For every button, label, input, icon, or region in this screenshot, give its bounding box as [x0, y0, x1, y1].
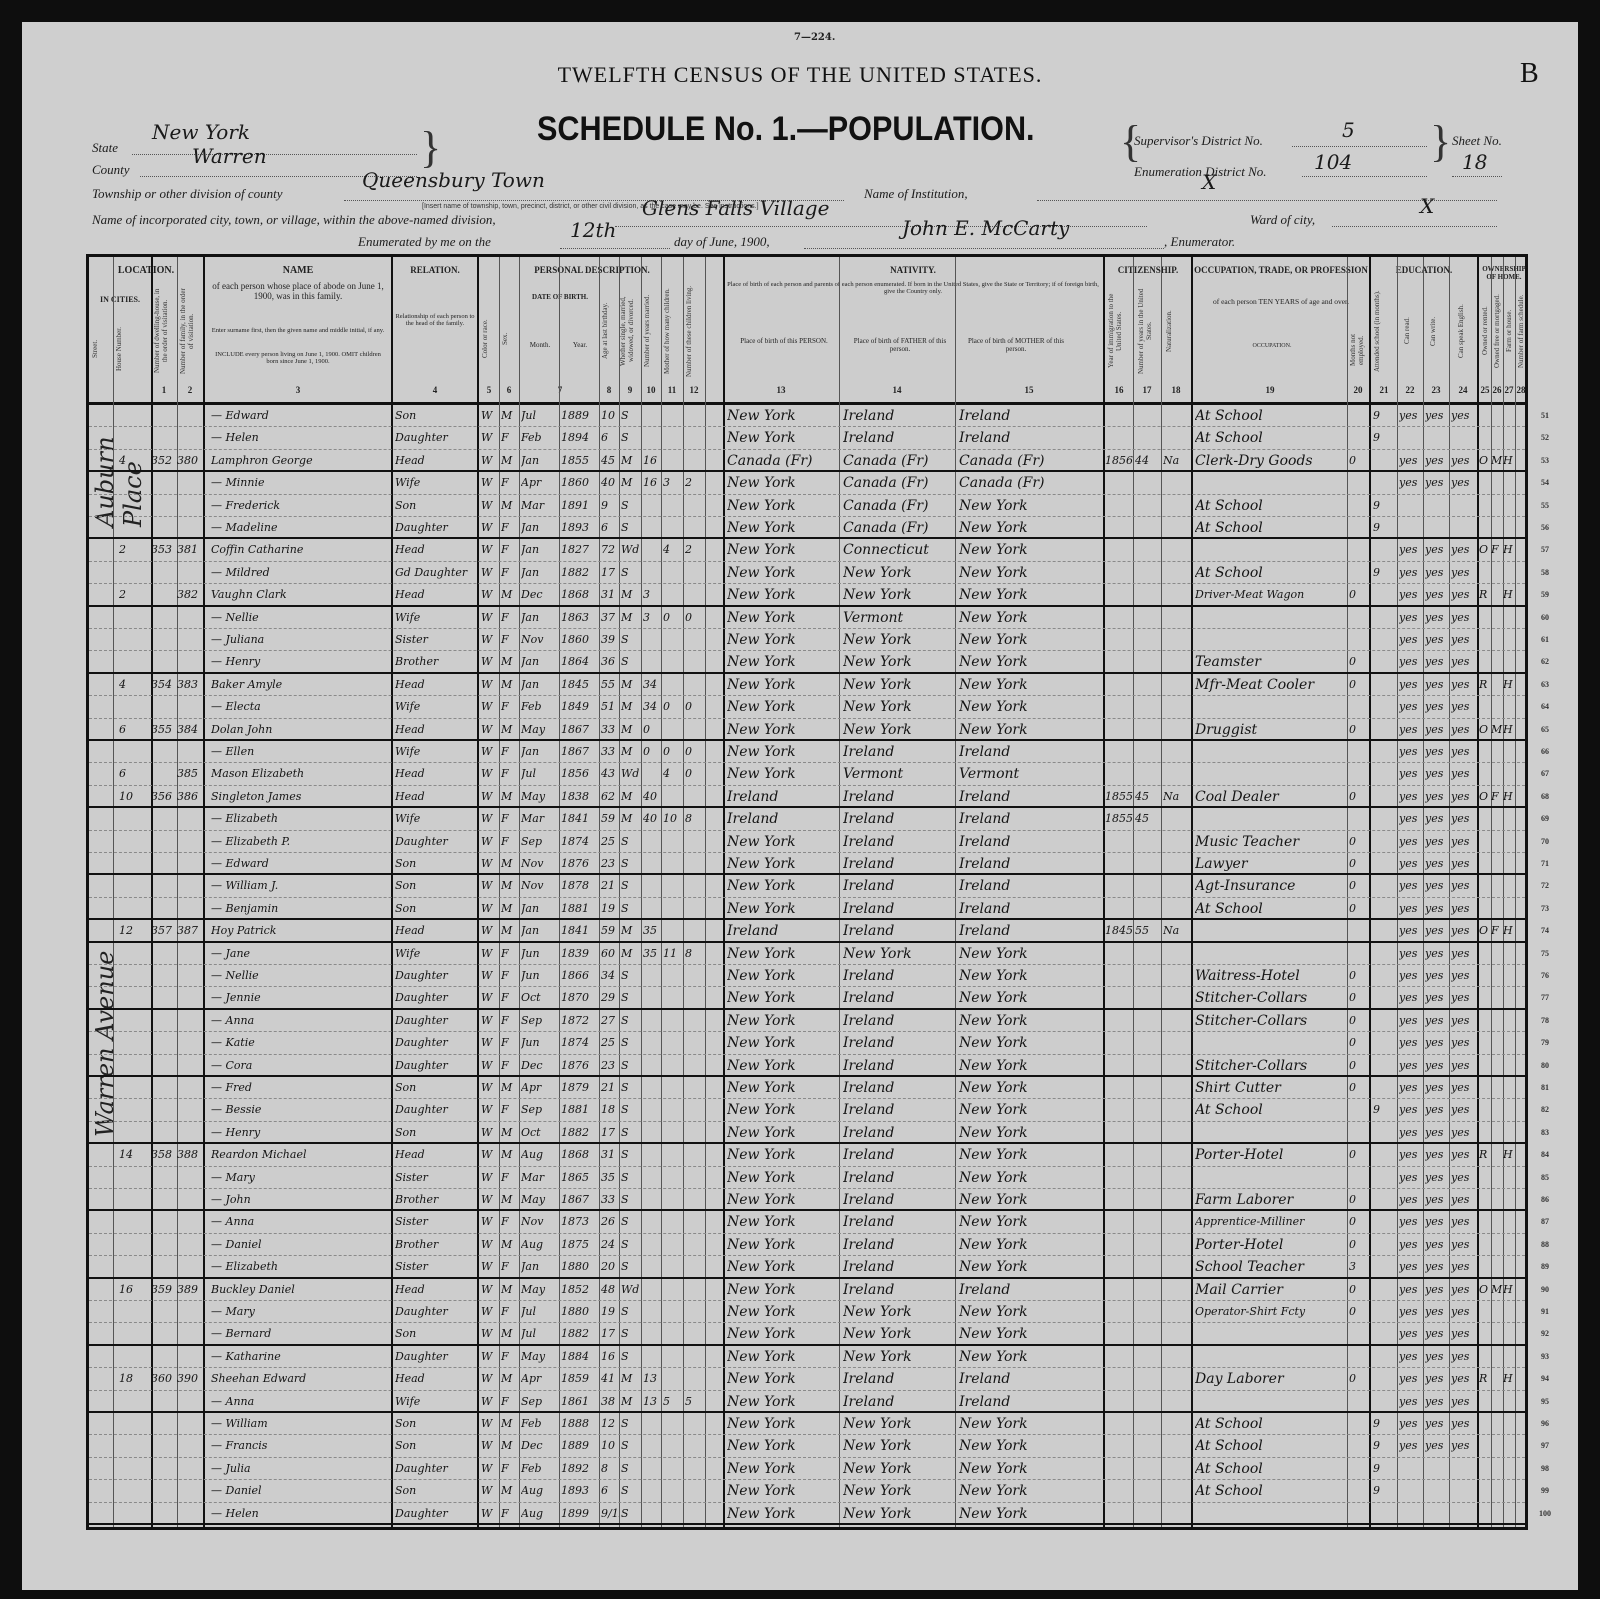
cell-imm: [1105, 472, 1133, 493]
cell-relation: Head: [395, 539, 475, 560]
cell-occ: At School: [1195, 1099, 1347, 1120]
cell-free: F: [1491, 786, 1503, 807]
cell-ym: 3: [643, 584, 661, 605]
cell-imm: [1105, 1323, 1133, 1344]
cell-free: [1491, 898, 1503, 919]
cell-mother: [663, 584, 683, 605]
cell-pobf: Canada (Fr): [843, 495, 955, 516]
cell-relation: Son: [395, 1122, 475, 1143]
cell-imm: [1105, 1122, 1133, 1143]
header-family: Number of family, in the order of visita…: [179, 285, 201, 377]
cell-house: [119, 1346, 149, 1367]
cell-farm: H: [1503, 450, 1515, 471]
cell-age: 62: [601, 786, 619, 807]
cell-pob: New York: [727, 629, 839, 650]
cell-relation: Sister: [395, 1167, 475, 1188]
cell-year: 1884: [561, 1346, 599, 1367]
cell-unemp: [1349, 1099, 1369, 1120]
cell-pobf: Ireland: [843, 1167, 955, 1188]
cell-pobf: New York: [843, 943, 955, 964]
cell-relation: Daughter: [395, 1346, 475, 1367]
cell-dwelling: [151, 741, 177, 762]
cell-living: [685, 920, 705, 941]
cell-eng: yes: [1451, 965, 1477, 986]
cell-pobm: New York: [959, 562, 1099, 583]
cell-yus: [1135, 427, 1161, 448]
cell-relation: Son: [395, 1077, 475, 1098]
cell-marital: M: [621, 920, 641, 941]
cell-eng: yes: [1451, 808, 1477, 829]
cell-sex: M: [501, 450, 519, 471]
cell-pobm: Canada (Fr): [959, 472, 1099, 493]
cell-farm: H: [1503, 1279, 1515, 1300]
cell-name: — Electa: [211, 696, 389, 717]
cell-nat: [1163, 1055, 1191, 1076]
cell-family: [177, 1435, 203, 1456]
cell-age: 72: [601, 539, 619, 560]
colnum: 21: [1371, 385, 1397, 395]
cell-year: 1888: [561, 1413, 599, 1434]
cell-ym: 35: [643, 920, 661, 941]
table-row: — CoraDaughterWFDec187623SNew YorkIrelan…: [89, 1055, 1525, 1077]
cell-read: [1399, 1458, 1423, 1479]
cell-relation: Wife: [395, 808, 475, 829]
cell-age: 9: [601, 495, 619, 516]
cell-write: yes: [1425, 741, 1449, 762]
cell-nat: [1163, 427, 1191, 448]
cell-pobm: Ireland: [959, 427, 1099, 448]
cell-year: 1878: [561, 875, 599, 896]
cell-ym: [643, 539, 661, 560]
cell-name: Buckley Daniel: [211, 1279, 389, 1300]
cell-month: Jan: [521, 920, 559, 941]
cell-relation: Gd Daughter: [395, 562, 475, 583]
cell-month: Dec: [521, 1435, 559, 1456]
cell-house: [119, 495, 149, 516]
cell-year: 1889: [561, 1435, 599, 1456]
cell-year: 1876: [561, 1055, 599, 1076]
cell-unemp: 0: [1349, 1055, 1369, 1076]
cell-pobf: Ireland: [843, 1122, 955, 1143]
cell-dwelling: 353: [151, 539, 177, 560]
cell-eng: yes: [1451, 629, 1477, 650]
cell-house: 14: [119, 1144, 149, 1165]
table-row: — JaneWifeWFJun183960M35118New YorkNew Y…: [89, 943, 1525, 965]
cell-mother: [663, 831, 683, 852]
cell-sch: [1373, 1346, 1397, 1367]
cell-pob: New York: [727, 584, 839, 605]
cell-write: yes: [1425, 987, 1449, 1008]
cell-month: Jan: [521, 651, 559, 672]
cell-nat: [1163, 808, 1191, 829]
cell-pob: New York: [727, 1301, 839, 1322]
cell-dwelling: [151, 1077, 177, 1098]
cell-color: W: [481, 965, 499, 986]
cell-free: [1491, 741, 1503, 762]
cell-farm: [1503, 1099, 1515, 1120]
cell-eng: yes: [1451, 651, 1477, 672]
cell-farm: [1503, 1301, 1515, 1322]
cell-ym: [643, 427, 661, 448]
cell-pobm: New York: [959, 696, 1099, 717]
cell-mother: [663, 517, 683, 538]
cell-pobf: Ireland: [843, 1144, 955, 1165]
cell-read: yes: [1399, 1279, 1423, 1300]
cell-nat: [1163, 719, 1191, 740]
cell-mother: [663, 1435, 683, 1456]
cell-free: [1491, 763, 1503, 784]
cell-occ: Lawyer: [1195, 853, 1347, 874]
header-ownership: OWNERSHIP OF HOME.: [1479, 265, 1529, 281]
cell-unemp: [1349, 1503, 1369, 1524]
cell-living: 2: [685, 539, 705, 560]
cell-pobm: New York: [959, 539, 1099, 560]
cell-farm: [1503, 1077, 1515, 1098]
colnum: 14: [839, 385, 955, 395]
cell-write: yes: [1425, 1413, 1449, 1434]
cell-house: [119, 1032, 149, 1053]
cell-pobf: Ireland: [843, 1189, 955, 1210]
table-row: — MarySisterWFMar186535SNew YorkIrelandN…: [89, 1167, 1525, 1189]
cell-marital: S: [621, 562, 641, 583]
cell-ym: [643, 1234, 661, 1255]
cell-month: Jan: [521, 741, 559, 762]
cell-living: 0: [685, 741, 705, 762]
cell-color: W: [481, 831, 499, 852]
cell-marital: M: [621, 1368, 641, 1389]
cell-imm: 1845: [1105, 920, 1133, 941]
cell-free: [1491, 651, 1503, 672]
cell-imm: [1105, 1301, 1133, 1322]
cell-unemp: 0: [1349, 875, 1369, 896]
cell-pobm: Vermont: [959, 763, 1099, 784]
line-number: 93: [1535, 1352, 1555, 1361]
cell-year: 1881: [561, 898, 599, 919]
header-farm-schedule: Number of farm schedule.: [1517, 285, 1527, 377]
cell-occ: Mfr-Meat Cooler: [1195, 674, 1347, 695]
cell-free: [1491, 1413, 1503, 1434]
census-sheet: 7—224. TWELFTH CENSUS OF THE UNITED STAT…: [22, 22, 1578, 1590]
cell-name: — Henry: [211, 651, 389, 672]
cell-mother: [663, 875, 683, 896]
cell-farm: [1503, 1189, 1515, 1210]
cell-name: Baker Amyle: [211, 674, 389, 695]
cell-house: [119, 651, 149, 672]
cell-pobm: New York: [959, 607, 1099, 628]
cell-sch: 9: [1373, 1099, 1397, 1120]
cell-pobf: Ireland: [843, 741, 955, 762]
cell-month: Dec: [521, 1055, 559, 1076]
cell-yus: [1135, 1211, 1161, 1232]
cell-write: yes: [1425, 607, 1449, 628]
cell-dwelling: [151, 853, 177, 874]
cell-living: [685, 450, 705, 471]
cell-occ: Stitcher-Collars: [1195, 1055, 1347, 1076]
cell-sex: M: [501, 584, 519, 605]
cell-month: Feb: [521, 427, 559, 448]
cell-name: Coffin Catharine: [211, 539, 389, 560]
cell-pob: New York: [727, 539, 839, 560]
cell-occ: Farm Laborer: [1195, 1189, 1347, 1210]
cell-pobf: New York: [843, 696, 955, 717]
cell-nat: [1163, 1301, 1191, 1322]
cell-age: 60: [601, 943, 619, 964]
cell-farm: [1503, 1055, 1515, 1076]
cell-marital: S: [621, 629, 641, 650]
cell-age: 38: [601, 1391, 619, 1412]
cell-imm: [1105, 1256, 1133, 1277]
line-number: 77: [1535, 993, 1555, 1002]
cell-month: Jan: [521, 539, 559, 560]
cell-nat: [1163, 898, 1191, 919]
cell-pob: New York: [727, 943, 839, 964]
cell-farm: H: [1503, 786, 1515, 807]
cell-living: [685, 1144, 705, 1165]
cell-write: yes: [1425, 763, 1449, 784]
cell-name: — Elizabeth: [211, 1256, 389, 1277]
cell-eng: yes: [1451, 450, 1477, 471]
cell-house: [119, 1077, 149, 1098]
cell-sex: F: [501, 943, 519, 964]
cell-occ: School Teacher: [1195, 1256, 1347, 1277]
cell-name: — Nellie: [211, 965, 389, 986]
cell-imm: [1105, 1144, 1133, 1165]
cell-write: [1425, 1458, 1449, 1479]
cell-family: 381: [177, 539, 203, 560]
cell-marital: M: [621, 1391, 641, 1412]
cell-free: [1491, 427, 1503, 448]
cell-ym: 40: [643, 808, 661, 829]
cell-dwelling: 359: [151, 1279, 177, 1300]
cell-sch: 9: [1373, 495, 1397, 516]
cell-marital: S: [621, 1480, 641, 1501]
cell-free: [1491, 1480, 1503, 1501]
cell-age: 45: [601, 450, 619, 471]
cell-pobf: Canada (Fr): [843, 517, 955, 538]
cell-eng: yes: [1451, 1234, 1477, 1255]
cell-month: Aug: [521, 1234, 559, 1255]
cell-farm: [1503, 696, 1515, 717]
cell-eng: yes: [1451, 1211, 1477, 1232]
cell-sex: M: [501, 1480, 519, 1501]
cell-mother: [663, 1323, 683, 1344]
cell-own: [1479, 517, 1491, 538]
header-pob-person: Place of birth of this PERSON.: [729, 337, 839, 345]
cell-ym: [643, 1211, 661, 1232]
cell-nat: [1163, 607, 1191, 628]
cell-write: yes: [1425, 562, 1449, 583]
cell-free: [1491, 1077, 1503, 1098]
schedule-title: SCHEDULE No. 1.—POPULATION.: [537, 110, 1035, 149]
cell-house: [119, 1256, 149, 1277]
cell-sch: [1373, 1323, 1397, 1344]
cell-ym: 40: [643, 786, 661, 807]
cell-pobm: Ireland: [959, 831, 1099, 852]
cell-sch: 9: [1373, 1480, 1397, 1501]
cell-read: [1399, 517, 1423, 538]
cell-farm: [1503, 875, 1515, 896]
cell-write: yes: [1425, 1301, 1449, 1322]
cell-sex: F: [501, 965, 519, 986]
cell-year: 1861: [561, 1391, 599, 1412]
cell-unemp: [1349, 943, 1369, 964]
cell-unemp: 0: [1349, 651, 1369, 672]
cell-house: [119, 1099, 149, 1120]
cell-name: — Francis: [211, 1435, 389, 1456]
cell-write: yes: [1425, 853, 1449, 874]
ward-value: X: [1420, 194, 1434, 218]
cell-eng: yes: [1451, 1301, 1477, 1322]
state-label: State: [92, 140, 118, 156]
cell-living: [685, 1368, 705, 1389]
cell-relation: Son: [395, 898, 475, 919]
cell-color: W: [481, 1368, 499, 1389]
cell-living: 2: [685, 472, 705, 493]
cell-relation: Daughter: [395, 427, 475, 448]
cell-color: W: [481, 987, 499, 1008]
cell-color: W: [481, 1301, 499, 1322]
cell-read: yes: [1399, 696, 1423, 717]
cell-unemp: 0: [1349, 1234, 1369, 1255]
cell-marital: S: [621, 1055, 641, 1076]
colnum: 12: [683, 385, 705, 395]
cell-marital: S: [621, 1211, 641, 1232]
cell-pobm: New York: [959, 1099, 1099, 1120]
cell-occ: At School: [1195, 1480, 1347, 1501]
cell-own: O: [1479, 719, 1491, 740]
cell-living: [685, 786, 705, 807]
cell-nat: [1163, 517, 1191, 538]
cell-sex: F: [501, 539, 519, 560]
cell-read: yes: [1399, 763, 1423, 784]
cell-own: [1479, 1458, 1491, 1479]
cell-living: [685, 1099, 705, 1120]
table-row: — JulianaSisterWFNov186039SNew YorkNew Y…: [89, 629, 1525, 651]
cell-dwelling: 354: [151, 674, 177, 695]
cell-unemp: [1349, 405, 1369, 426]
cell-pob: New York: [727, 1032, 839, 1053]
cell-ym: [643, 495, 661, 516]
cell-yus: [1135, 1144, 1161, 1165]
cell-write: yes: [1425, 808, 1449, 829]
cell-marital: M: [621, 472, 641, 493]
enumerator-label: , Enumerator.: [1164, 234, 1235, 250]
cell-living: [685, 1323, 705, 1344]
cell-eng: yes: [1451, 584, 1477, 605]
cell-age: 43: [601, 763, 619, 784]
colnum: 17: [1133, 385, 1161, 395]
cell-house: [119, 1480, 149, 1501]
cell-pobf: Ireland: [843, 1391, 955, 1412]
cell-yus: [1135, 405, 1161, 426]
enumeration-label: Enumeration District No.: [1134, 164, 1267, 180]
cell-own: [1479, 987, 1491, 1008]
cell-imm: [1105, 1435, 1133, 1456]
cell-unemp: 0: [1349, 898, 1369, 919]
cell-nat: [1163, 987, 1191, 1008]
ward-label: Ward of city,: [1250, 212, 1315, 228]
cell-month: Jul: [521, 405, 559, 426]
cell-read: yes: [1399, 875, 1423, 896]
cell-yus: [1135, 1301, 1161, 1322]
cell-pob: New York: [727, 562, 839, 583]
cell-write: yes: [1425, 1435, 1449, 1456]
cell-mother: [663, 1256, 683, 1277]
colnum: 1: [151, 385, 177, 395]
cell-nat: [1163, 741, 1191, 762]
cell-house: 16: [119, 1279, 149, 1300]
cell-unemp: [1349, 1122, 1369, 1143]
cell-sch: [1373, 1055, 1397, 1076]
cell-imm: [1105, 831, 1133, 852]
cell-dwelling: [151, 943, 177, 964]
cell-pobf: Ireland: [843, 1279, 955, 1300]
cell-sex: F: [501, 472, 519, 493]
cell-sch: [1373, 898, 1397, 919]
cell-name: — Benjamin: [211, 898, 389, 919]
cell-age: 18: [601, 1099, 619, 1120]
cell-ym: [643, 1503, 661, 1524]
cell-yus: [1135, 1032, 1161, 1053]
colnum: 7: [521, 385, 599, 395]
cell-own: [1479, 853, 1491, 874]
cell-dwelling: 357: [151, 920, 177, 941]
colnum: 16: [1105, 385, 1133, 395]
cell-sch: [1373, 831, 1397, 852]
cell-living: [685, 1122, 705, 1143]
cell-relation: Head: [395, 1368, 475, 1389]
cell-pob: New York: [727, 1279, 839, 1300]
cell-mother: 4: [663, 763, 683, 784]
cell-family: 380: [177, 450, 203, 471]
cell-pob: Ireland: [727, 786, 839, 807]
cell-dwelling: [151, 1301, 177, 1322]
cell-marital: S: [621, 1503, 641, 1524]
cell-marital: S: [621, 495, 641, 516]
cell-living: [685, 853, 705, 874]
cell-marital: S: [621, 1323, 641, 1344]
cell-sex: F: [501, 808, 519, 829]
header-pob-father: Place of birth of FATHER of this person.: [845, 337, 955, 353]
cell-pob: New York: [727, 1458, 839, 1479]
cell-farm: [1503, 965, 1515, 986]
cell-pobf: New York: [843, 584, 955, 605]
cell-unemp: 0: [1349, 1010, 1369, 1031]
cell-marital: S: [621, 427, 641, 448]
cell-free: [1491, 1189, 1503, 1210]
cell-read: yes: [1399, 607, 1423, 628]
cell-free: [1491, 1323, 1503, 1344]
table-row: — BessieDaughterWFSep188118SNew YorkIrel…: [89, 1099, 1525, 1121]
header-dob: DATE OF BIRTH.: [521, 293, 599, 301]
cell-eng: [1451, 1503, 1477, 1524]
cell-eng: yes: [1451, 987, 1477, 1008]
cell-year: 1849: [561, 696, 599, 717]
cell-nat: [1163, 1458, 1191, 1479]
line-number: 97: [1535, 1441, 1555, 1450]
cell-marital: S: [621, 1189, 641, 1210]
cell-pobf: Ireland: [843, 1368, 955, 1389]
cell-age: 31: [601, 1144, 619, 1165]
cell-ym: [643, 987, 661, 1008]
cell-occ: At School: [1195, 1435, 1347, 1456]
table-row: — FrancisSonWMDec188910SNew YorkNew York…: [89, 1435, 1525, 1457]
header-years-married: Number of years married.: [643, 285, 657, 377]
cell-pobm: New York: [959, 629, 1099, 650]
cell-sch: [1373, 1234, 1397, 1255]
cell-occ: At School: [1195, 898, 1347, 919]
cell-read: yes: [1399, 584, 1423, 605]
